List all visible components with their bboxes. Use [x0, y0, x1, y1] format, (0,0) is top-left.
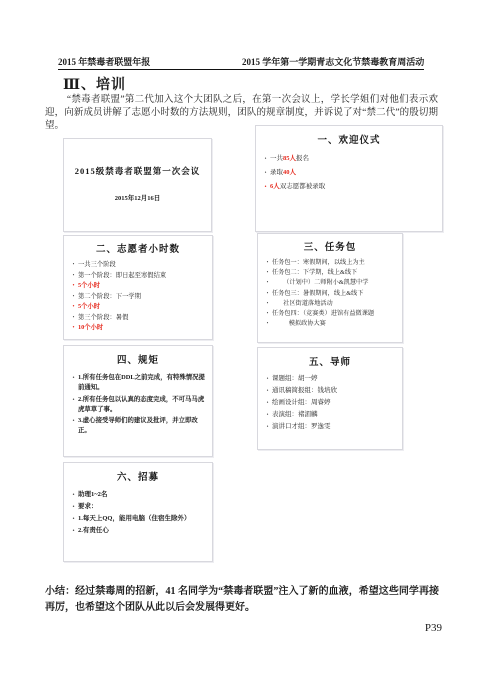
bullet-list: •一共85人报名•录取40人•6人双志愿都被录取 [256, 146, 442, 191]
bullet-text: 6人双志愿都被录取 [270, 183, 438, 191]
bullet-dot-icon: • [267, 270, 272, 276]
bullet-item: •5个小时 [72, 282, 208, 289]
bullet-text: 任务包二：下学期，线上&线下 [272, 269, 398, 276]
bullet-item: •绘画设计组：周睿婷 [266, 399, 398, 407]
slide-thumbnail-2: 一、欢迎仪式•一共85人报名•录取40人•6人双志愿都被录取 [255, 125, 443, 232]
bullet-item: •任务包二：下学期，线上&线下 [266, 269, 398, 276]
slide-thumbnail-1: 2015级禁毒者联盟第一次会议2015年12月16日 [63, 138, 212, 232]
bullet-text: 助理1~2名 [78, 491, 208, 499]
slide-thumbnail-5: 四、规矩•1.所有任务包在DDL之前完成，有特殊情况提前通知。•2.所有任务包以… [63, 345, 213, 457]
bullet-dot-icon: • [267, 400, 272, 406]
bullet-item: •1.每天上QQ，能用电脑（住宿生除外） [72, 515, 208, 523]
summary-paragraph: 小结：经过禁毒周的招新，41 名同学为“禁毒者联盟”注入了新的血液，希望这些同学… [45, 584, 439, 616]
bullet-list: •课题组：胡一婷•通讯稿简报组：钱培欣•绘画设计组：周睿婷•表演组：褚湄麟•演讲… [258, 368, 402, 431]
bullet-dot-icon: • [267, 376, 272, 382]
bullet-list: •助理1~2名•要求：•1.每天上QQ，能用电脑（住宿生除外）•2.有责任心 [64, 483, 212, 535]
page-number: P39 [425, 622, 442, 634]
bullet-text: （计划中）二师附小&凯慧中学 [272, 279, 398, 286]
bullet-item: •要求： [72, 503, 208, 511]
bullet-list: •1.所有任务包在DDL之前完成，有特殊情况提前通知。•2.所有任务包以认真的态… [64, 366, 212, 436]
bullet-item: •（计划中）二师附小&凯慧中学 [266, 279, 398, 286]
bullet-text: 通讯稿简报组：钱培欣 [272, 387, 398, 395]
bullet-text: 第一个阶段：即日起至寒假结束 [78, 272, 208, 279]
bullet-text: 录取40人 [270, 169, 438, 177]
bullet-item: •6人双志愿都被录取 [264, 183, 438, 191]
running-header: 2015 年禁毒者联盟年报 2015 学年第一学期青志文化节禁毒教育周活动 [58, 55, 424, 70]
bullet-item: •一共85人报名 [264, 155, 438, 163]
bullet-item: •表演组：褚湄麟 [266, 411, 398, 419]
bullet-dot-icon: • [73, 283, 78, 289]
bullet-dot-icon: • [267, 280, 272, 286]
bullet-item: •第二个阶段：下一学期 [72, 293, 208, 300]
bullet-text: 1.每天上QQ，能用电脑（住宿生除外） [78, 515, 208, 523]
bullet-item: •第三个阶段：暑假 [72, 314, 208, 321]
bullet-dot-icon: • [73, 374, 78, 382]
bullet-text: 社区街道落地活动 [272, 300, 398, 307]
bullet-text: 绘画设计组：周睿婷 [272, 399, 398, 407]
slide-thumbnail-4: 三、任务包•任务包一：寒假期间，以线上为主•任务包二：下学期，线上&线下•（计划… [257, 233, 403, 343]
bullet-text: 第二个阶段：下一学期 [78, 293, 208, 300]
bullet-item: •演讲口才组：罗逸雯 [266, 423, 398, 431]
bullet-text: 任务包三：暑假期间，线上&线下 [272, 290, 398, 297]
bullet-item: •2.所有任务包以认真的态度完成，不可马马虎虎草草了事。 [72, 395, 208, 415]
bullet-dot-icon: • [267, 321, 272, 327]
bullet-dot-icon: • [267, 412, 272, 418]
bullet-text: 一共85人报名 [270, 155, 438, 163]
bullet-dot-icon: • [73, 304, 78, 310]
bullet-dot-icon: • [265, 170, 270, 176]
bullet-text: 模拟政协大赛 [272, 320, 398, 327]
bullet-dot-icon: • [73, 325, 78, 331]
header-left-text: 2015 年禁毒者联盟年报 [58, 55, 242, 70]
slide-thumbnail-3: 二、志愿者小时数•一共三个阶段•第一个阶段：即日起至寒假结束•5个小时•第二个阶… [63, 235, 213, 340]
slide-title: 一、欢迎仪式 [256, 126, 442, 146]
section-heading: Ⅲ、培训 [63, 74, 126, 94]
slide-title: 四、规矩 [64, 346, 212, 366]
bullet-item: •5个小时 [72, 303, 208, 310]
bullet-dot-icon: • [267, 300, 272, 306]
bullet-text: 5个小时 [78, 282, 208, 289]
bullet-text: 3.虚心接受导师们的建议及批评，并立即改正。 [78, 416, 208, 436]
bullet-item: •1.所有任务包在DDL之前完成，有特殊情况提前通知。 [72, 373, 208, 393]
bullet-item: •模拟政协大赛 [266, 320, 398, 327]
bullet-text: 任务包四：（竞赛类）进馆有益微课题 [272, 310, 398, 317]
bullet-item: •通讯稿简报组：钱培欣 [266, 387, 398, 395]
bullet-text: 2.有责任心 [78, 527, 208, 535]
bullet-dot-icon: • [267, 290, 272, 296]
bullet-item: •3.虚心接受导师们的建议及批评，并立即改正。 [72, 416, 208, 436]
bullet-item: •2.有责任心 [72, 527, 208, 535]
slide-thumbnail-6: 五、导师•课题组：胡一婷•通讯稿简报组：钱培欣•绘画设计组：周睿婷•表演组：褚湄… [257, 347, 403, 450]
bullet-dot-icon: • [73, 262, 78, 268]
bullet-item: •任务包一：寒假期间，以线上为主 [266, 259, 398, 266]
bullet-item: •第一个阶段：即日起至寒假结束 [72, 272, 208, 279]
bullet-item: •课题组：胡一婷 [266, 375, 398, 383]
bullet-dot-icon: • [267, 311, 272, 317]
bullet-dot-icon: • [73, 516, 78, 522]
bullet-text: 表演组：褚湄麟 [272, 411, 398, 419]
bullet-dot-icon: • [267, 424, 272, 430]
bullet-item: •社区街道落地活动 [266, 300, 398, 307]
bullet-dot-icon: • [73, 396, 78, 404]
bullet-text: 1.所有任务包在DDL之前完成，有特殊情况提前通知。 [78, 373, 208, 393]
bullet-list: •任务包一：寒假期间，以线上为主•任务包二：下学期，线上&线下•（计划中）二师附… [258, 253, 402, 327]
slide-title: 二、志愿者小时数 [64, 236, 212, 255]
bullet-dot-icon: • [73, 417, 78, 425]
bullet-dot-icon: • [73, 272, 78, 278]
bullet-item: •一共三个阶段 [72, 261, 208, 268]
bullet-text: 课题组：胡一婷 [272, 375, 398, 383]
bullet-dot-icon: • [73, 314, 78, 320]
bullet-dot-icon: • [265, 184, 270, 190]
bullet-text: 2.所有任务包以认真的态度完成，不可马马虎虎草草了事。 [78, 395, 208, 415]
document-page: 2015 年禁毒者联盟年报 2015 学年第一学期青志文化节禁毒教育周活动 Ⅲ、… [0, 0, 480, 678]
bullet-text: 要求： [78, 503, 208, 511]
bullet-text: 演讲口才组：罗逸雯 [272, 423, 398, 431]
bullet-item: •任务包三：暑假期间，线上&线下 [266, 290, 398, 297]
slide-title: 2015级禁毒者联盟第一次会议 [64, 139, 211, 177]
bullet-dot-icon: • [73, 504, 78, 510]
slide-thumbnail-7: 六、招募•助理1~2名•要求：•1.每天上QQ，能用电脑（住宿生除外）•2.有责… [63, 462, 213, 562]
bullet-dot-icon: • [73, 293, 78, 299]
slide-title: 三、任务包 [258, 234, 402, 253]
bullet-list: •一共三个阶段•第一个阶段：即日起至寒假结束•5个小时•第二个阶段：下一学期•5… [64, 255, 212, 331]
bullet-text: 5个小时 [78, 303, 208, 310]
bullet-text: 第三个阶段：暑假 [78, 314, 208, 321]
slide-title: 六、招募 [64, 463, 212, 483]
bullet-item: •10个小时 [72, 324, 208, 331]
bullet-dot-icon: • [267, 388, 272, 394]
bullet-dot-icon: • [265, 156, 270, 162]
bullet-text: 10个小时 [78, 324, 208, 331]
header-right-text: 2015 学年第一学期青志文化节禁毒教育周活动 [242, 55, 424, 70]
bullet-item: •录取40人 [264, 169, 438, 177]
bullet-dot-icon: • [73, 528, 78, 534]
slide-title: 五、导师 [258, 348, 402, 368]
bullet-item: •任务包四：（竞赛类）进馆有益微课题 [266, 310, 398, 317]
slide-subtitle: 2015年12月16日 [64, 177, 211, 202]
bullet-dot-icon: • [73, 492, 78, 498]
bullet-item: •助理1~2名 [72, 491, 208, 499]
bullet-text: 一共三个阶段 [78, 261, 208, 268]
bullet-dot-icon: • [267, 260, 272, 266]
bullet-text: 任务包一：寒假期间，以线上为主 [272, 259, 398, 266]
